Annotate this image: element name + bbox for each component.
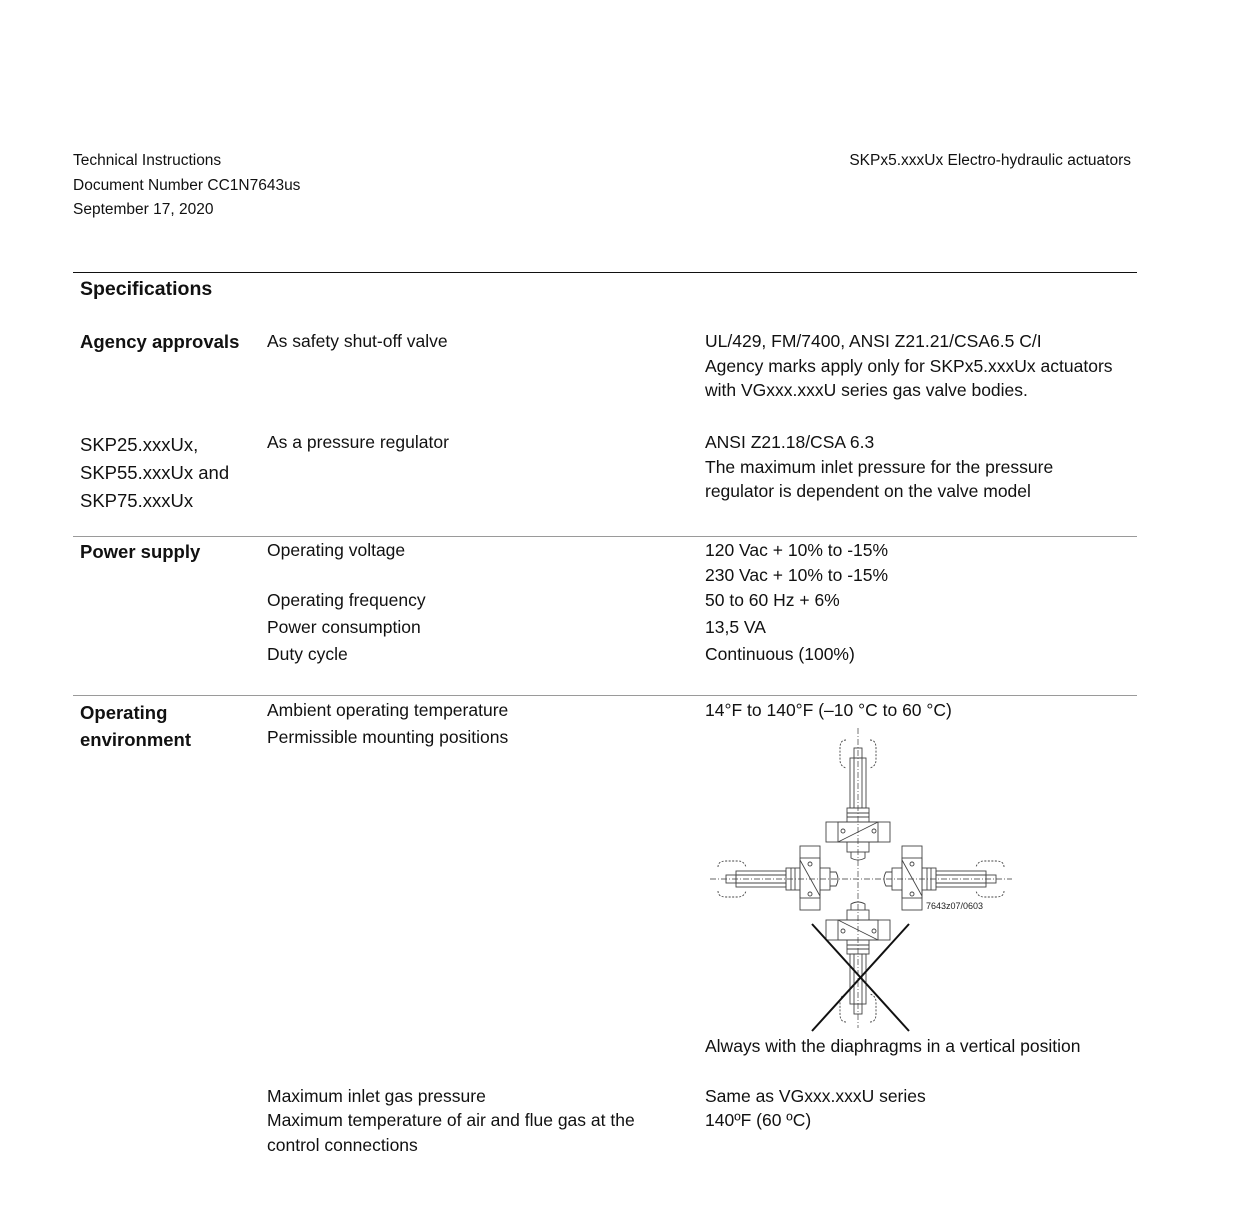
spec-value: 140ºF (60 ºC) xyxy=(705,1108,811,1133)
doc-product-title: SKPx5.xxxUx Electro-hydraulic actuators xyxy=(849,149,1131,174)
spec-value: 13,5 VA xyxy=(705,615,766,640)
group-label-environment: Operating environment xyxy=(80,699,191,753)
spec-value: 120 Vac + 10% to -15% 230 Vac + 10% to -… xyxy=(705,538,888,587)
spec-value: Same as VGxxx.xxxU series xyxy=(705,1084,926,1109)
spec-item: Ambient operating temperature xyxy=(267,698,508,723)
spec-item: Duty cycle xyxy=(267,642,348,667)
group-label-agency: Agency approvals xyxy=(80,330,239,355)
spec-item: Maximum temperature of air and flue gas … xyxy=(267,1108,635,1157)
doc-type: Technical Instructions xyxy=(73,149,300,174)
spec-value: ANSI Z21.18/CSA 6.3 The maximum inlet pr… xyxy=(705,430,1053,504)
spec-item: Maximum inlet gas pressure xyxy=(267,1084,486,1109)
spec-value: 14°F to 140°F (–10 °C to 60 °C) xyxy=(705,698,952,723)
spec-item: Power consumption xyxy=(267,615,421,640)
group-label-regulator: SKP25.xxxUx, SKP55.xxxUx and SKP75.xxxUx xyxy=(80,431,229,515)
spec-value: Continuous (100%) xyxy=(705,642,855,667)
spec-item: Permissible mounting positions xyxy=(267,725,508,750)
group-divider xyxy=(73,536,1137,537)
spec-item: As safety shut-off valve xyxy=(267,329,448,354)
figure-caption: Always with the diaphragms in a vertical… xyxy=(705,1034,1080,1059)
header-left: Technical Instructions Document Number C… xyxy=(73,149,300,223)
spec-item: Operating voltage xyxy=(267,538,405,563)
doc-date: September 17, 2020 xyxy=(73,198,300,223)
spec-item: Operating frequency xyxy=(267,588,426,613)
spec-value: UL/429, FM/7400, ANSI Z21.21/CSA6.5 C/I … xyxy=(705,329,1113,403)
section-title: Specifications xyxy=(80,276,212,302)
section-divider xyxy=(73,272,1137,273)
spec-item: As a pressure regulator xyxy=(267,430,449,455)
doc-number: Document Number CC1N7643us xyxy=(73,174,300,199)
group-label-power: Power supply xyxy=(80,540,200,565)
mounting-diagram-icon: 7643z07/0603 xyxy=(706,728,1016,1038)
mounting-positions-diagram: 7643z07/0603 xyxy=(706,728,1016,1038)
figure-code: 7643z07/0603 xyxy=(926,901,983,911)
group-divider xyxy=(73,695,1137,696)
spec-value: 50 to 60 Hz + 6% xyxy=(705,588,840,613)
